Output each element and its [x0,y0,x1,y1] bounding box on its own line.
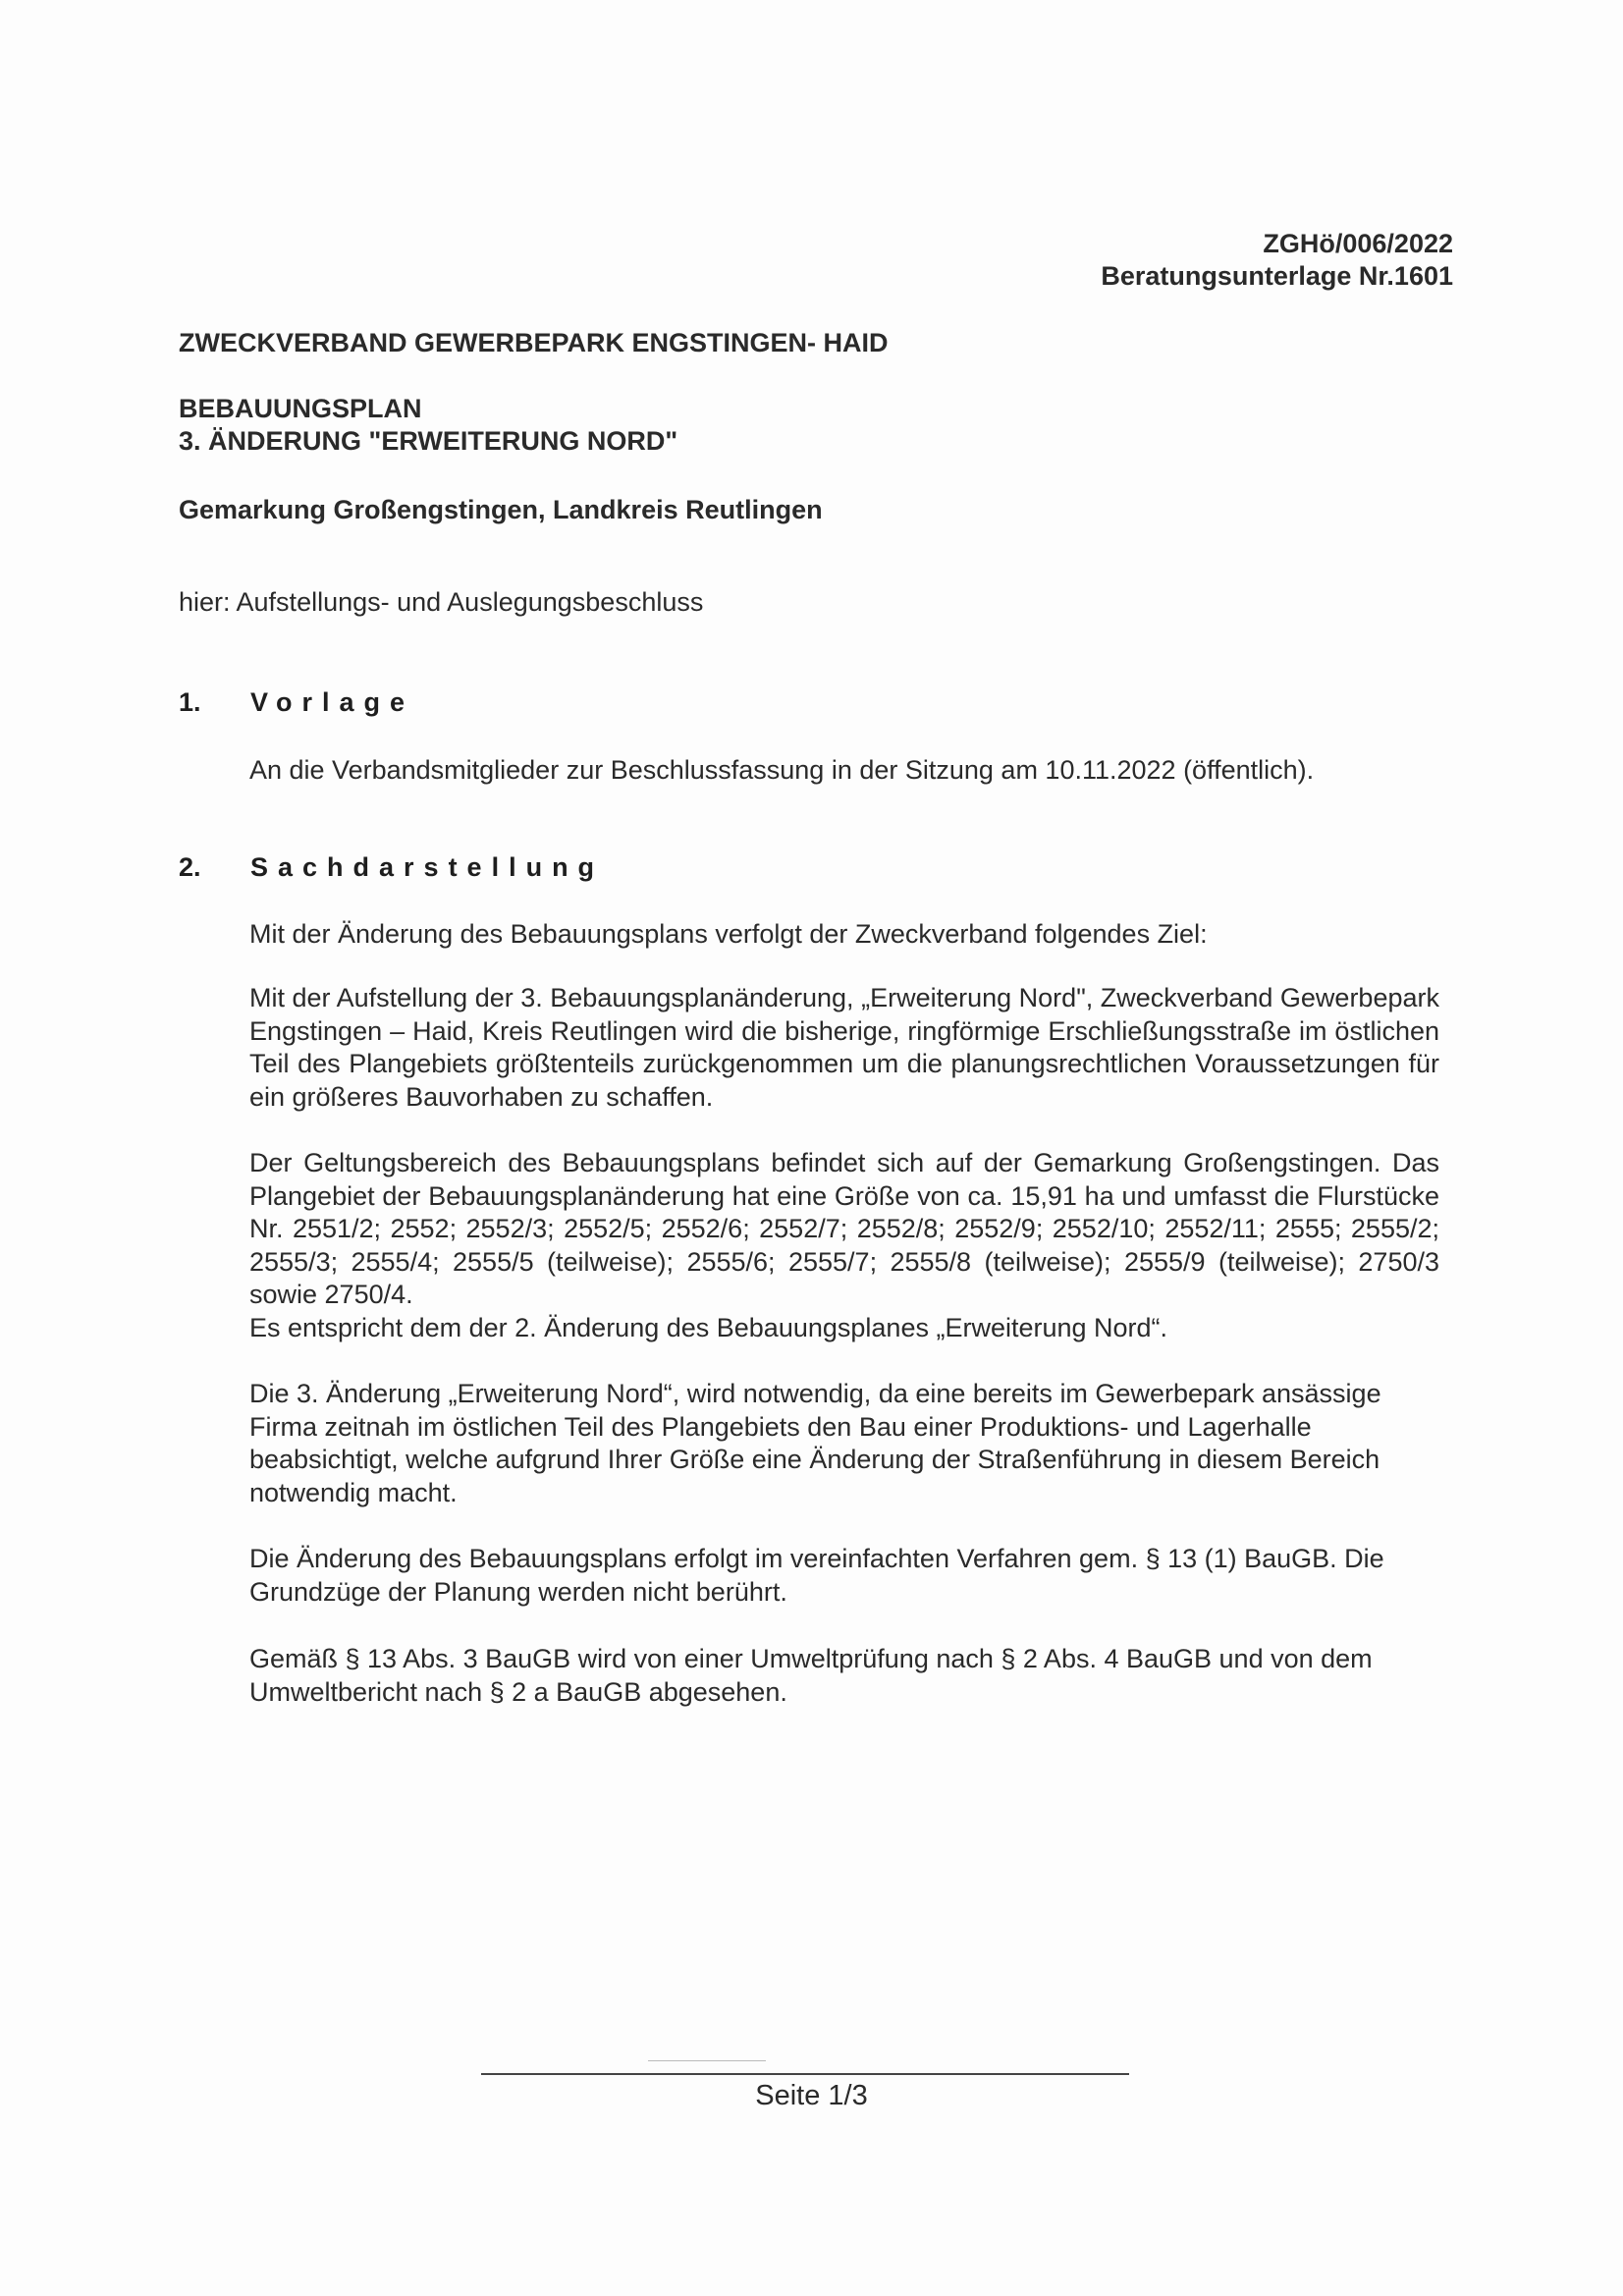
goal-intro-paragraph: Mit der Änderung des Bebauungsplans verf… [249,918,1439,952]
environment-paragraph: Gemäß § 13 Abs. 3 BauGB wird von einer U… [249,1643,1439,1709]
footer-divider [481,2073,1129,2075]
plan-title: BEBAUUNGSPLAN [179,393,422,425]
file-number: ZGHö/006/2022 [1101,228,1453,260]
location-line: Gemarkung Großengstingen, Landkreis Reut… [179,494,823,526]
correspondence-line: Es entspricht dem der 2. Änderung des Be… [249,1312,1439,1345]
page-number: Seite 1/3 [0,2080,1623,2112]
procedure-paragraph: Die Änderung des Bebauungsplans erfolgt … [249,1543,1439,1609]
purpose-paragraph: Mit der Aufstellung der 3. Bebauungsplan… [249,982,1439,1114]
organization-title: ZWECKVERBAND GEWERBEPARK ENGSTINGEN- HAI… [179,327,889,359]
section-2-title: Sachdarstellung [250,852,604,883]
section-1-title: Vorlage [250,687,414,718]
document-page: ZGHö/006/2022 Beratungsunterlage Nr.1601… [0,0,1623,2296]
subject-line: hier: Aufstellungs- und Auslegungsbeschl… [179,586,703,619]
scope-paragraph: Der Geltungsbereich des Bebauungsplans b… [249,1147,1439,1312]
reference-block: ZGHö/006/2022 Beratungsunterlage Nr.1601 [1101,228,1453,293]
section-2-number: 2. [179,852,201,883]
section-1-paragraph: An die Verbandsmitglieder zur Beschlussf… [249,754,1439,788]
document-number: Beratungsunterlage Nr.1601 [1101,260,1453,293]
section-1-number: 1. [179,687,201,718]
footer-divider-thin [648,2060,766,2061]
plan-subtitle: 3. ÄNDERUNG "ERWEITERUNG NORD" [179,425,677,458]
necessity-paragraph: Die 3. Änderung „Erweiterung Nord“, wird… [249,1378,1439,1509]
